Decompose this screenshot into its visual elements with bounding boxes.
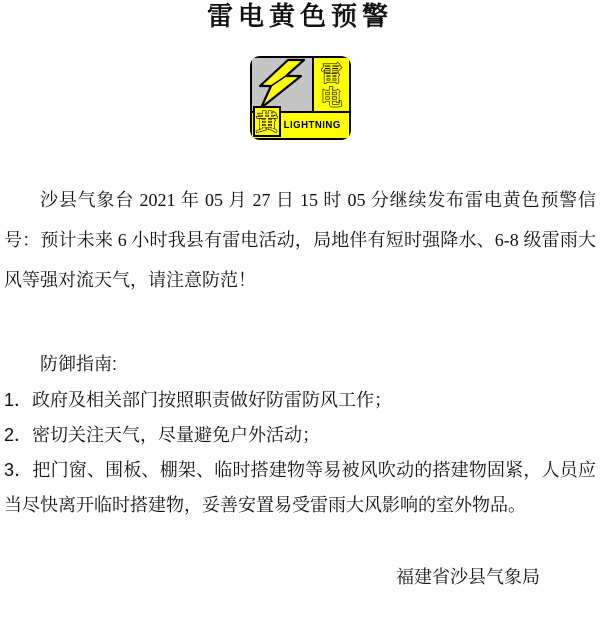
warning-level-char: 黄 xyxy=(255,108,279,135)
guide-list: 1．政府及相关部门按照职责做好防雷防风工作； 2．密切关注天气，尽量避免户外活动… xyxy=(4,383,596,523)
warning-label-cn: 雷 电 xyxy=(314,58,349,111)
warning-paragraph: 沙县气象台 2021 年 05 月 27 日 15 时 05 分继续发布雷电黄色… xyxy=(4,180,596,300)
guide-item-1: 1．政府及相关部门按照职责做好防雷防风工作； xyxy=(4,383,596,418)
lightning-bolt-icon xyxy=(252,58,312,111)
guide-title: 防御指南: xyxy=(4,347,596,381)
page-title: 雷电黄色预警 xyxy=(0,2,600,32)
warning-document: 雷电黄色预警 雷 电 LIGHTNING 黄 沙县气象台 2021 年 05 月… xyxy=(0,2,600,633)
warning-label-cn-char-2: 电 xyxy=(321,86,342,110)
lightning-yellow-warning-icon: 雷 电 LIGHTNING 黄 xyxy=(250,56,351,140)
guide-item-3: 3．把门窗、围板、棚架、临时搭建物等易被风吹动的搭建物固紧，人员应当尽快离开临时… xyxy=(4,453,596,523)
warning-level-badge: 黄 xyxy=(253,106,281,137)
warning-icon-gray-panel xyxy=(252,58,312,111)
svg-text:黄: 黄 xyxy=(255,110,278,135)
issuer-signature: 福建省沙县气象局 xyxy=(0,565,540,589)
guide-item-2: 2．密切关注天气，尽量避免户外活动； xyxy=(4,418,596,453)
warning-label-cn-panel: 雷 电 xyxy=(314,58,349,111)
warning-label-cn-char-1: 雷 xyxy=(321,63,342,86)
